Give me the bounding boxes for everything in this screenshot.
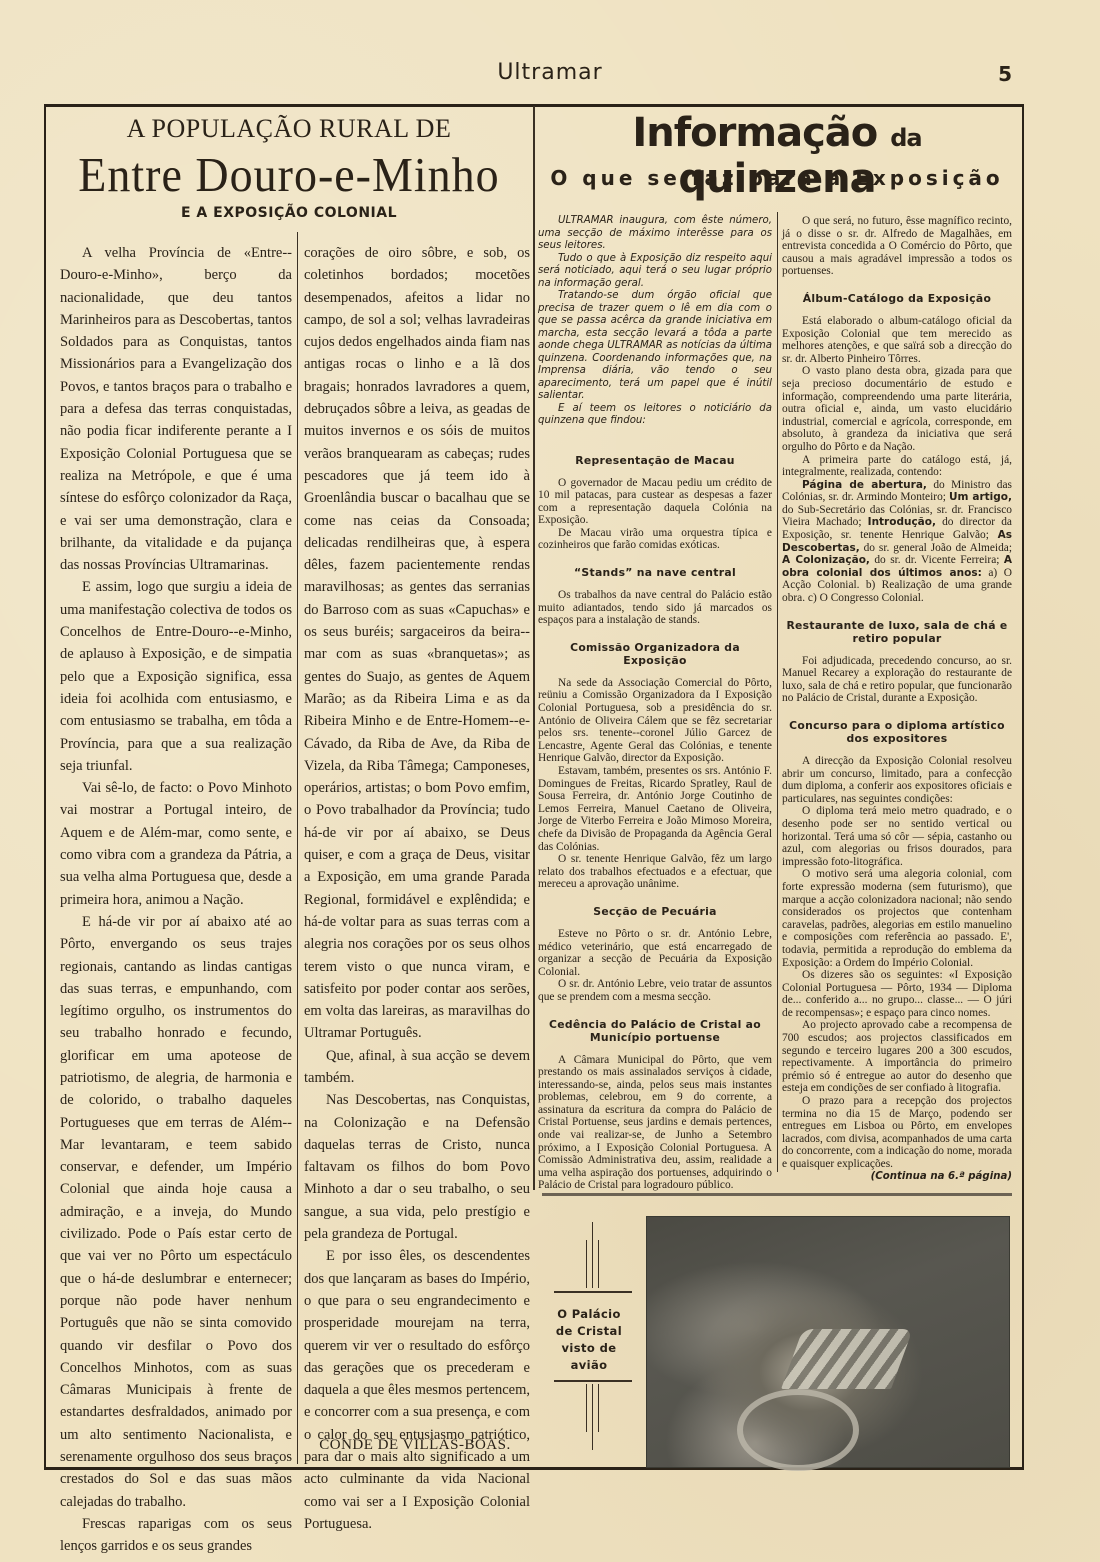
paragraph: Na sede da Associação Comercial do Pôrto… <box>538 677 772 765</box>
intro-paragraph: E aí teem os leitores o noticiário da qu… <box>538 403 772 428</box>
ornament-line <box>598 1240 599 1288</box>
section-heading: Restaurante de luxo, sala de chá e retir… <box>782 619 1012 645</box>
paragraph: E assim, logo que surgiu a ideia de uma … <box>60 576 292 777</box>
ornament-rule <box>554 1291 632 1293</box>
ornament-line <box>586 1384 587 1432</box>
paragraph: Que, afinal, à sua acção se devem também… <box>304 1045 530 1090</box>
photo-separator-rule <box>542 1193 1012 1196</box>
section-heading: Cedência do Palácio de Cristal ao Municí… <box>538 1018 772 1044</box>
catalog-item-text: do sr. general João de Almeida; <box>860 542 1012 554</box>
paragraph: corações de oiro sôbre, e sob, os coleti… <box>304 242 530 1045</box>
garden-circle-shape <box>737 1389 859 1471</box>
section-heading: Representação de Macau <box>538 454 772 467</box>
news-column-1: ULTRAMAR inaugura, com êste número, uma … <box>538 215 772 1192</box>
publication-title: Ultramar <box>0 60 1100 85</box>
paragraph: De Macau virão uma orquestra típica e co… <box>538 527 772 552</box>
paragraph: O sr. dr. António Lebre, veio tratar de … <box>538 978 772 1003</box>
news-subhead: O que se faz para a Exposição <box>538 166 1016 190</box>
catalog-item-title: Introdução, <box>868 516 936 528</box>
page-number: 5 <box>998 62 1012 86</box>
palace-roof-shape <box>781 1329 913 1389</box>
ornament-line <box>598 1384 599 1432</box>
paragraph: A direcção da Exposição Colonial resolve… <box>782 755 1012 805</box>
paragraph: O governador de Macau pediu um crédito d… <box>538 477 772 527</box>
photo-caption: O Palácio de Cristal visto de avião <box>548 1306 630 1374</box>
paragraph: Estavam, também, presentes os srs. Antón… <box>538 765 772 853</box>
continued-note: (Continua na 6.ª página) <box>782 1171 1012 1184</box>
divider-news-cols <box>777 212 778 1172</box>
paragraph: O que será, no futuro, êsse magnífico re… <box>782 215 1012 278</box>
paragraph: Frescas raparigas com os seus lenços gar… <box>60 1513 292 1558</box>
news-column-2: O que será, no futuro, êsse magnífico re… <box>782 215 1012 1183</box>
catalog-item-text: do sr. dr. Vicente Ferreira; <box>870 554 1004 566</box>
section-heading: Álbum-Catálogo da Exposição <box>782 292 1012 305</box>
article-subhead: E A EXPOSIÇÃO COLONIAL <box>48 205 530 221</box>
section-heading: Comissão Organizadora da Exposição <box>538 641 772 667</box>
catalog-contents: Página de abertura, do Ministro das Coló… <box>782 479 1012 605</box>
paragraph: O sr. tenente Henrique Galvão, fêz um la… <box>538 853 772 891</box>
paragraph: Está elaborado o album-catálogo oficial … <box>782 315 1012 365</box>
masthead: Ultramar 5 <box>0 60 1100 92</box>
catalog-item-title: A Colonização, <box>782 554 870 566</box>
intro-paragraph: ULTRAMAR inaugura, com êste número, uma … <box>538 215 772 253</box>
section-heading: Concurso para o diploma artístico dos ex… <box>782 719 1012 745</box>
paragraph: O vasto plano desta obra, gizada para qu… <box>782 365 1012 453</box>
left-article-column-2: corações de oiro sôbre, e sob, os coleti… <box>304 242 530 1535</box>
news-headline-word: da <box>890 124 921 152</box>
paragraph: A velha Província de «Entre--Douro-e-Min… <box>60 242 292 576</box>
paragraph: Vai sê-lo, de facto: o Povo Minhoto vai … <box>60 777 292 911</box>
ornament-line <box>592 1222 593 1288</box>
catalog-item-title: Um artigo, <box>949 491 1012 503</box>
article-headline: Entre Douro-e-Minho <box>48 147 530 203</box>
intro-paragraph: Tudo o que à Exposição diz respeito aqui… <box>538 253 772 291</box>
author-signature: CONDE DE VILLAS-BOAS. <box>300 1437 530 1454</box>
article-kicker: A POPULAÇÃO RURAL DE <box>48 114 530 144</box>
paragraph: O diploma terá meio metro quadrado, e o … <box>782 805 1012 868</box>
left-article-column-1: A velha Província de «Entre--Douro-e-Min… <box>60 242 292 1558</box>
paragraph: A primeira parte do catálogo está, já, i… <box>782 454 1012 479</box>
paragraph: A Câmara Municipal do Pôrto, que vem pre… <box>538 1054 772 1193</box>
paragraph: Os dizeres são os seguintes: «I Exposiçã… <box>782 969 1012 1019</box>
news-headline-word: Informação <box>632 110 877 156</box>
catalog-item-title: Página de abertura, <box>802 479 927 491</box>
ornament-line <box>592 1384 593 1450</box>
intro-paragraph: Tratando-se dum órgão oficial que precis… <box>538 290 772 403</box>
paragraph: E por isso êles, os descendentes dos que… <box>304 1245 530 1535</box>
paragraph: Os trabalhos da nave central do Palácio … <box>538 589 772 627</box>
paragraph: Nas Descobertas, nas Conquistas, na Colo… <box>304 1089 530 1245</box>
ornament-line <box>586 1240 587 1288</box>
paragraph: O prazo para a recepção dos projectos te… <box>782 1095 1012 1171</box>
divider-left-cols <box>297 232 298 1464</box>
paragraph: Foi adjudicada, precedendo concurso, ao … <box>782 655 1012 705</box>
paragraph: Esteve no Pôrto o sr. dr. António Lebre,… <box>538 928 772 978</box>
section-heading: Secção de Pecuária <box>538 905 772 918</box>
section-heading: “Stands” na nave central <box>538 566 772 579</box>
divider-articles <box>533 106 535 1190</box>
ornament-rule <box>554 1380 632 1382</box>
paragraph: O motivo será uma alegoria colonial, com… <box>782 868 1012 969</box>
paragraph: E há-de vir por aí abaixo até ao Pôrto, … <box>60 911 292 1513</box>
aerial-photo <box>646 1216 1010 1468</box>
paragraph: Ao projecto aprovado cabe a recompensa d… <box>782 1019 1012 1095</box>
